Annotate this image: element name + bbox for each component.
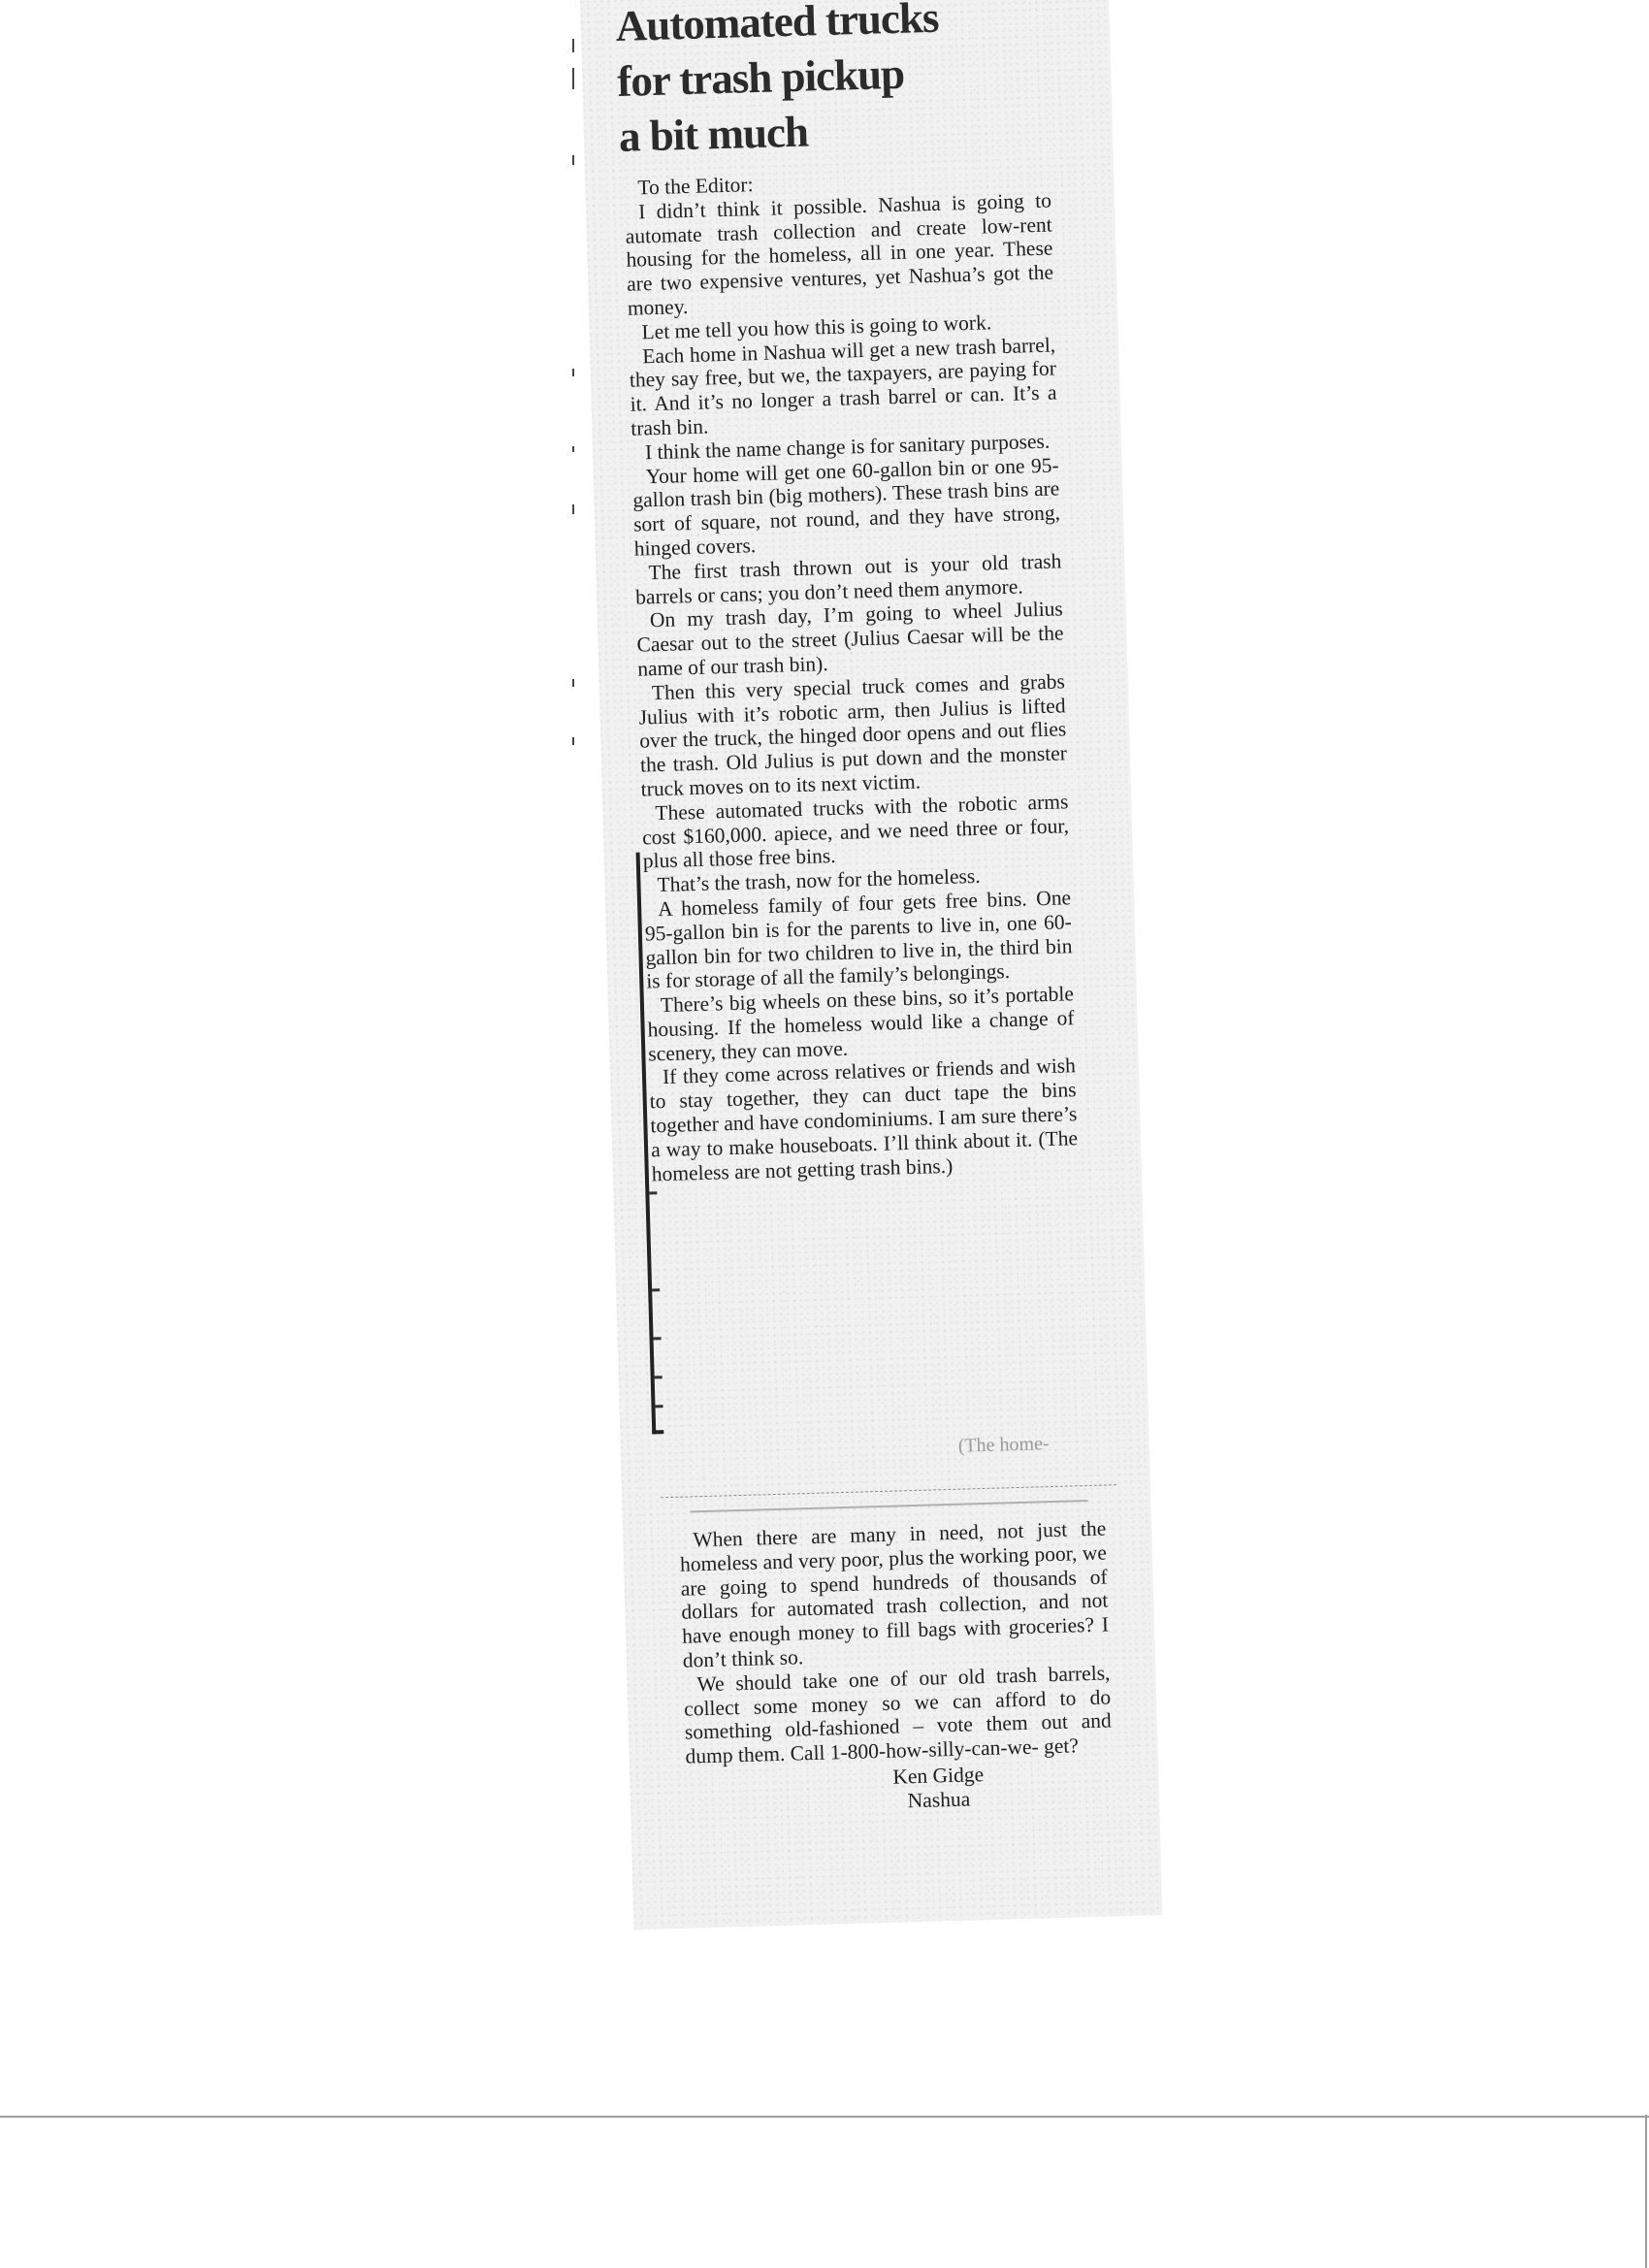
margin-tick [654, 1337, 662, 1340]
margin-tick [652, 1288, 660, 1291]
page-fold-line [0, 2116, 1649, 2118]
paragraph: We should take one of our old trash barr… [683, 1661, 1113, 1768]
cut-line [691, 1500, 1088, 1512]
paragraph: These automated trucks with the robotic … [641, 790, 1070, 874]
margin-bracket-foot [652, 1430, 663, 1434]
headline-line: a bit much [618, 101, 942, 165]
page-edge [1645, 2115, 1647, 2268]
paragraph: A homeless family of four gets free bins… [644, 886, 1074, 993]
paragraph: Then this very special truck comes and g… [638, 669, 1068, 801]
signature-block: Ken Gidge Nashua [686, 1759, 1114, 1819]
paragraph: I didn’t think it possible. Nashua is go… [625, 188, 1054, 320]
headline-line: for trash pickup [617, 46, 941, 110]
letter-body: To the Editor: I didn’t think it possibl… [624, 165, 1079, 1186]
paragraph: Your home will get one 60-gallon bin or … [631, 453, 1061, 561]
paragraph: Each home in Nashua will get a new trash… [629, 333, 1058, 440]
newspaper-clipping: Automated trucks for trash pickup a bit … [580, 0, 1162, 1929]
paragraph: If they come across relatives or friends… [649, 1054, 1079, 1186]
paragraph: On my trash day, I’m going to wheel Juli… [636, 598, 1065, 682]
paragraph: When there are many in need, not just th… [679, 1516, 1110, 1672]
margin-tick [649, 1191, 657, 1194]
faded-text-fragment: (The home- [957, 1433, 1049, 1458]
margin-tick [655, 1405, 663, 1408]
article-headline: Automated trucks for trash pickup a bit … [615, 0, 942, 165]
letter-conclusion: When there are many in need, not just th… [679, 1516, 1114, 1819]
scan-margin-marks [572, 39, 578, 776]
paragraph: There’s big wheels on these bins, so it’… [647, 982, 1076, 1066]
margin-tick [655, 1376, 663, 1378]
cut-line [661, 1484, 1116, 1498]
